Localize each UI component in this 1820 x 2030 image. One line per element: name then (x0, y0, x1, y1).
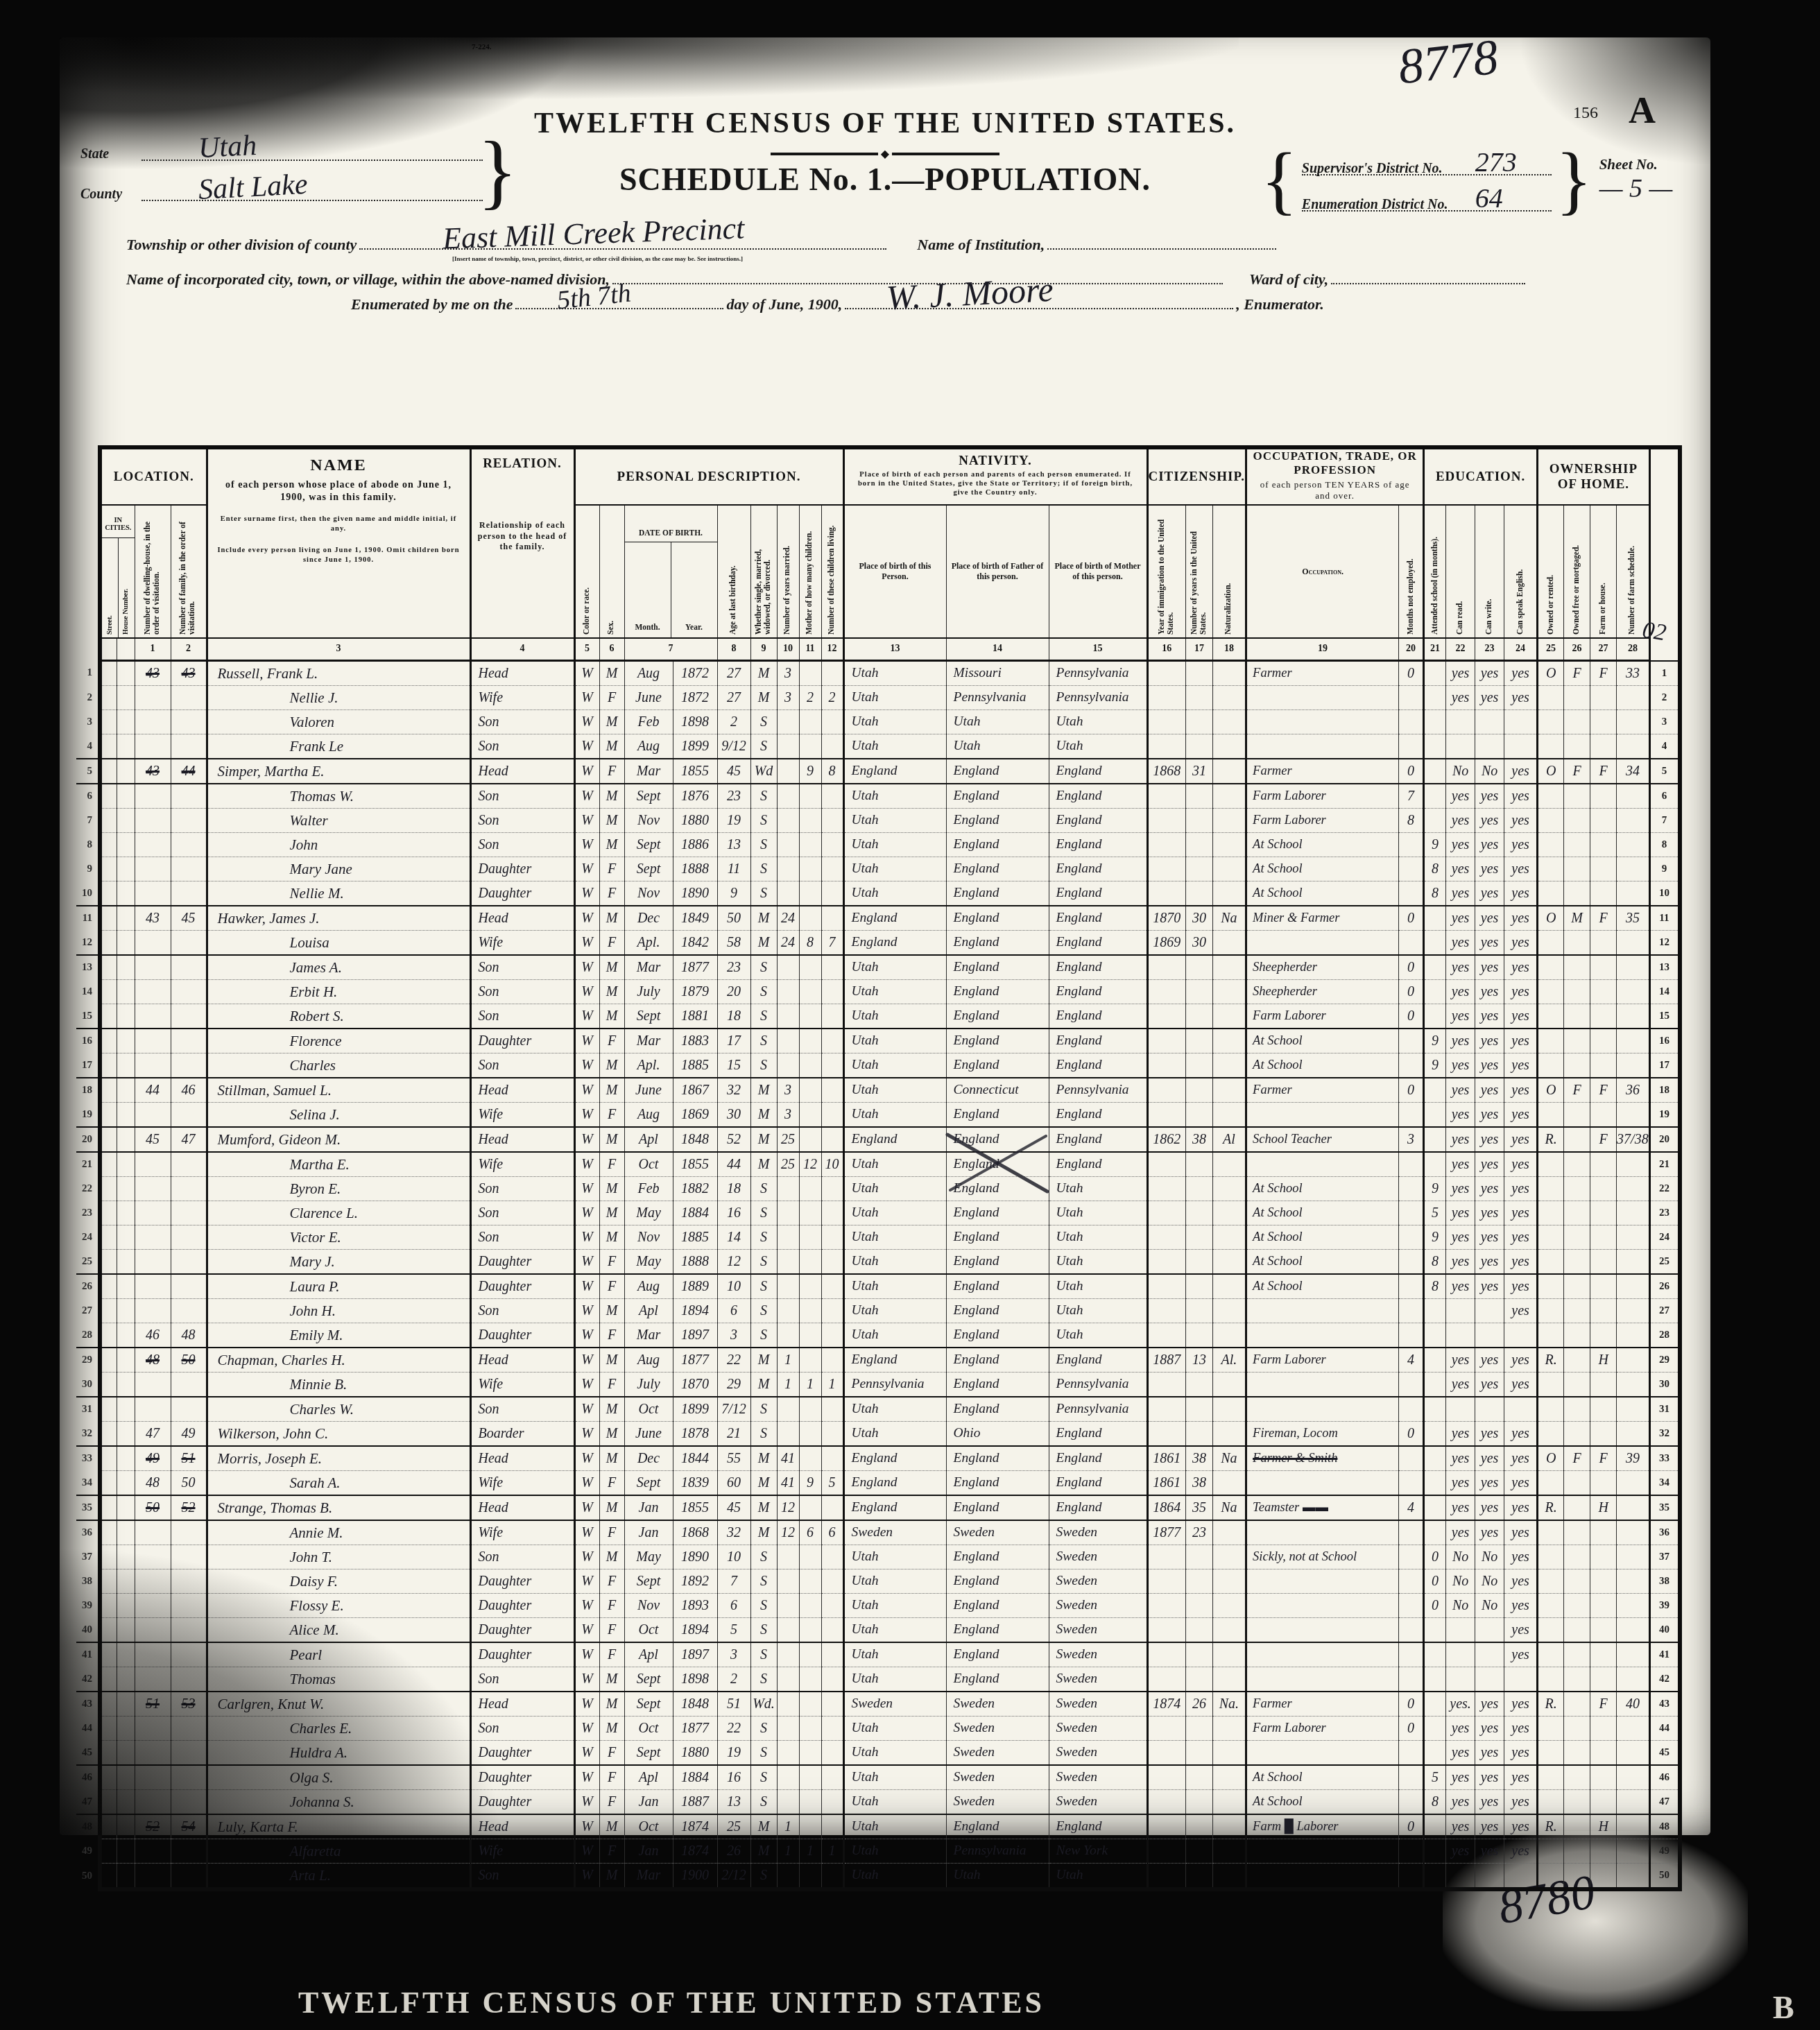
cell-house (117, 1177, 135, 1201)
cell-yr: 1899 (673, 1397, 717, 1422)
group-occupation: OCCUPATION, TRADE, OR PROFESSION of each… (1246, 447, 1424, 505)
cell-mo: Oct (624, 1814, 673, 1839)
cell-sx: F (599, 1741, 624, 1766)
cell-m: Wd (750, 759, 777, 784)
cell-rd: yes (1446, 1225, 1475, 1250)
cell-dw (135, 1274, 171, 1299)
cell-en: yes (1504, 1814, 1538, 1839)
census-row: 23Clarence L.SonWMMay188416SUtahEnglandU… (76, 1201, 1680, 1225)
cell-mne (1399, 1569, 1424, 1594)
cell-fs (1617, 1790, 1650, 1815)
cell-yus (1186, 1790, 1213, 1815)
cell-mne: 0 (1399, 1717, 1424, 1741)
cell-nat: Al. (1212, 1348, 1246, 1373)
cell-ln: 42 (76, 1667, 100, 1692)
cell-m: M (750, 1839, 777, 1864)
cell-rn: 34 (1649, 1471, 1680, 1496)
cell-fam (171, 833, 207, 857)
cell-name: Charles (207, 1053, 470, 1078)
cell-mo: Nov (624, 881, 673, 906)
cell-mo: Nov (624, 809, 673, 833)
cell-dw (135, 1299, 171, 1323)
cell-ofm (1564, 809, 1590, 833)
census-row: 294850Chapman, Charles H.HeadWMAug187722… (76, 1348, 1680, 1373)
cell-sch (1424, 759, 1446, 784)
cell-lv (821, 980, 843, 1004)
cell-age: 23 (717, 955, 750, 980)
cell-sch (1424, 1839, 1446, 1864)
cell-ln: 15 (76, 1004, 100, 1029)
ward-label: Ward of city, (1249, 270, 1328, 288)
cell-yr: 1867 (673, 1078, 717, 1103)
cell-pf: England (946, 1618, 1049, 1643)
cell-ofm (1564, 1422, 1590, 1447)
census-sheet: 7-224. 8778 TWELFTH CENSUS OF THE UNITED… (60, 37, 1710, 1835)
cell-lv (821, 1618, 843, 1643)
cell-ofm (1564, 1545, 1590, 1569)
cell-pf: England (946, 1127, 1049, 1152)
cell-rel: Boarder (470, 1422, 574, 1447)
cell-mot (799, 1545, 821, 1569)
cell-own (1538, 1545, 1564, 1569)
cell-street (100, 1741, 117, 1766)
cell-pf: Sweden (946, 1520, 1049, 1545)
cell-rd: yes (1446, 1078, 1475, 1103)
census-row: 31Charles W.SonWMOct18997/12SUtahEngland… (76, 1397, 1680, 1422)
county-label: County (80, 187, 122, 203)
cell-wr: yes (1475, 1177, 1504, 1201)
cell-sch: 5 (1424, 1765, 1446, 1790)
immigration-header: Year of immigration to the United States… (1147, 505, 1186, 638)
cell-en: yes (1504, 980, 1538, 1004)
cell-rn: 1 (1649, 661, 1680, 686)
cell-m: S (750, 1299, 777, 1323)
cell-mot (799, 1618, 821, 1643)
cell-pob: Utah (843, 734, 946, 759)
cell-dw (135, 1053, 171, 1078)
cell-fh (1590, 931, 1617, 956)
cell-en: yes (1504, 1520, 1538, 1545)
cell-mne: 7 (1399, 784, 1424, 809)
cell-dw (135, 1790, 171, 1815)
cell-c: W (574, 1299, 599, 1323)
cell-dw (135, 734, 171, 759)
cell-imm (1147, 661, 1186, 686)
cell-name: Thomas W. (207, 784, 470, 809)
cell-age: 51 (717, 1692, 750, 1717)
cell-rd (1446, 1299, 1475, 1323)
dob-title: DATE OF BIRTH. (625, 511, 717, 542)
cell-rel: Daughter (470, 1569, 574, 1594)
cell-pob: Utah (843, 1078, 946, 1103)
cell-wr: yes (1475, 1422, 1504, 1447)
cell-ln: 29 (76, 1348, 100, 1373)
cell-pm: England (1049, 1004, 1147, 1029)
cell-fam (171, 881, 207, 906)
cell-sch (1424, 1373, 1446, 1397)
cell-dw: 44 (135, 1078, 171, 1103)
cell-fam (171, 1225, 207, 1250)
cell-m: S (750, 784, 777, 809)
cell-fh: F (1590, 1446, 1617, 1471)
cell-yus: 35 (1186, 1495, 1213, 1520)
township-note: [Insert name of township, town, precinct… (452, 255, 1662, 262)
cell-c: W (574, 1446, 599, 1471)
cell-lv (821, 1692, 843, 1717)
cell-dw (135, 1765, 171, 1790)
cell-mot (799, 1422, 821, 1447)
cell-age: 3 (717, 1323, 750, 1348)
cell-pob: Utah (843, 1323, 946, 1348)
cell-m: S (750, 955, 777, 980)
cell-fh (1590, 1790, 1617, 1815)
cell-sch (1424, 906, 1446, 931)
cell-fs (1617, 1323, 1650, 1348)
cell-dw (135, 1717, 171, 1741)
cell-m: S (750, 980, 777, 1004)
cell-rd: No (1446, 1594, 1475, 1618)
cell-mot (799, 1864, 821, 1890)
cell-c: W (574, 1667, 599, 1692)
cell-yus (1186, 710, 1213, 734)
cell-pm: England (1049, 1029, 1147, 1053)
occupation-col-header: Occupation. (1246, 505, 1399, 638)
cell-age: 32 (717, 1078, 750, 1103)
group-personal: PERSONAL DESCRIPTION. (574, 447, 843, 505)
cell-fam (171, 1864, 207, 1890)
mother-of-header: Mother of how many children. (799, 505, 821, 638)
cell-sch (1424, 784, 1446, 809)
corner-letter: B (1773, 1989, 1794, 2026)
cell-imm (1147, 1373, 1186, 1397)
cell-yr: 1884 (673, 1765, 717, 1790)
cell-rn: 17 (1649, 1053, 1680, 1078)
cell-rn: 7 (1649, 809, 1680, 833)
cell-ofm (1564, 833, 1590, 857)
cell-pf: England (946, 1225, 1049, 1250)
cell-ln: 8 (76, 833, 100, 857)
cell-own: O (1538, 1078, 1564, 1103)
cell-m: S (750, 734, 777, 759)
cell-fh (1590, 1053, 1617, 1078)
cell-yr: 1882 (673, 1177, 717, 1201)
cell-street (100, 1839, 117, 1864)
cell-ofm (1564, 1667, 1590, 1692)
dob-header: DATE OF BIRTH. Month. Year. (624, 505, 717, 638)
cell-wr: yes (1475, 686, 1504, 710)
cell-sx: F (599, 1373, 624, 1397)
month-header: Month. (625, 542, 671, 637)
cell-own (1538, 1323, 1564, 1348)
cell-pm: Sweden (1049, 1741, 1147, 1766)
cell-mot (799, 1053, 821, 1078)
cell-ym (777, 1397, 799, 1422)
cell-rd: yes (1446, 1127, 1475, 1152)
census-row: 25Mary J.DaughterWFMay188812SUtahEngland… (76, 1250, 1680, 1275)
cell-en: yes (1504, 1373, 1538, 1397)
census-row: 54344Simper, Martha E.HeadWFMar185545Wd9… (76, 759, 1680, 784)
census-row: 14343Russell, Frank L.HeadWMAug187227M3U… (76, 661, 1680, 686)
cell-fs (1617, 931, 1650, 956)
cell-yr: 1885 (673, 1053, 717, 1078)
cell-occ: At School (1246, 1274, 1399, 1299)
cell-mne (1399, 1471, 1424, 1496)
cell-nat (1212, 1225, 1246, 1250)
cell-en: yes (1504, 833, 1538, 857)
cell-sch: 8 (1424, 857, 1446, 881)
cell-sch (1424, 1103, 1446, 1128)
cell-rn: 32 (1649, 1422, 1680, 1447)
cell-own (1538, 1373, 1564, 1397)
cell-imm (1147, 1642, 1186, 1667)
cell-yr: 1888 (673, 1250, 717, 1275)
cell-nat (1212, 1053, 1246, 1078)
cell-yus (1186, 1397, 1213, 1422)
cell-pf: England (946, 1471, 1049, 1496)
cell-pob: Utah (843, 1741, 946, 1766)
cell-age: 58 (717, 931, 750, 956)
cell-own (1538, 1177, 1564, 1201)
enumerated-line: Enumerated by me on the 5th 7th day of J… (351, 295, 1662, 344)
group-location: LOCATION. (100, 447, 207, 505)
cell-house (117, 1250, 135, 1275)
cell-street (100, 1004, 117, 1029)
cell-mot (799, 1790, 821, 1815)
cell-fs (1617, 1177, 1650, 1201)
table-body: 14343Russell, Frank L.HeadWMAug187227M3U… (76, 661, 1680, 1890)
cell-pf: England (946, 809, 1049, 833)
cell-c: W (574, 1201, 599, 1225)
cell-rn: 45 (1649, 1741, 1680, 1766)
cell-yr: 1889 (673, 1274, 717, 1299)
cell-pob: Utah (843, 1864, 946, 1890)
cell-mo: Apl. (624, 1053, 673, 1078)
cell-sx: F (599, 759, 624, 784)
cell-dw: 43 (135, 906, 171, 931)
cell-ym (777, 1790, 799, 1815)
cell-nat (1212, 734, 1246, 759)
cell-rel: Wife (470, 1471, 574, 1496)
page-letter: A (1629, 89, 1656, 132)
house-number-header: House Number. (121, 547, 131, 637)
cell-fh (1590, 881, 1617, 906)
cell-en: yes (1504, 955, 1538, 980)
cell-mne: 0 (1399, 980, 1424, 1004)
cell-own (1538, 1765, 1564, 1790)
cell-m: S (750, 1274, 777, 1299)
cell-yr: 1880 (673, 809, 717, 833)
cell-wr (1475, 1618, 1504, 1643)
cell-rd: yes (1446, 1446, 1475, 1471)
cell-name: Annie M. (207, 1520, 470, 1545)
cell-rd: yes (1446, 881, 1475, 906)
column-number: 24 (1504, 638, 1538, 661)
cell-fam (171, 1594, 207, 1618)
cell-c: W (574, 710, 599, 734)
cell-fh (1590, 1422, 1617, 1447)
cell-yr: 1899 (673, 734, 717, 759)
cell-mo: Sept (624, 1692, 673, 1717)
township-line: Township or other division of county Eas… (126, 236, 1662, 262)
cell-street (100, 1790, 117, 1815)
cell-imm: 1861 (1147, 1446, 1186, 1471)
column-number: 4 (470, 638, 574, 661)
cell-mo: Mar (624, 759, 673, 784)
cell-nat (1212, 931, 1246, 956)
cell-own (1538, 1717, 1564, 1741)
cell-yr: 1872 (673, 661, 717, 686)
cell-mot (799, 1594, 821, 1618)
cell-fs (1617, 734, 1650, 759)
cell-rd: yes (1446, 1717, 1475, 1741)
cell-house (117, 1667, 135, 1692)
cell-own (1538, 1471, 1564, 1496)
cell-ln: 26 (76, 1274, 100, 1299)
cell-sx: M (599, 1299, 624, 1323)
cell-yr: 1874 (673, 1814, 717, 1839)
cell-yus (1186, 1765, 1213, 1790)
cell-fh (1590, 1397, 1617, 1422)
cell-fs (1617, 1741, 1650, 1766)
form-number: 7-224. (472, 43, 491, 51)
cell-house (117, 1471, 135, 1496)
census-row: 30Minnie B.WifeWFJuly187029M111Pennsylva… (76, 1373, 1680, 1397)
cell-imm (1147, 857, 1186, 881)
cell-ym (777, 1594, 799, 1618)
cell-m: M (750, 1814, 777, 1839)
cell-pf: England (946, 1004, 1049, 1029)
cell-fam (171, 1717, 207, 1741)
supervisor-value: 273 (1475, 146, 1517, 178)
cell-nat (1212, 1323, 1246, 1348)
cell-name: Huldra A. (207, 1741, 470, 1766)
cell-wr: yes (1475, 1250, 1504, 1275)
cell-rn: 2 (1649, 686, 1680, 710)
cell-fam: 43 (171, 661, 207, 686)
cell-pf: England (946, 833, 1049, 857)
enumerated-prefix: Enumerated by me on the (351, 295, 513, 313)
cell-imm (1147, 1225, 1186, 1250)
cell-pf: England (946, 931, 1049, 956)
cell-house (117, 1569, 135, 1594)
cell-pm: Sweden (1049, 1520, 1147, 1545)
cell-mot (799, 1274, 821, 1299)
cell-occ: Miner & Farmer (1246, 906, 1399, 931)
cell-ym: 1 (777, 1373, 799, 1397)
cell-pf: England (946, 980, 1049, 1004)
cell-fh (1590, 1152, 1617, 1177)
cell-ym (777, 1225, 799, 1250)
cell-occ (1246, 734, 1399, 759)
cell-yus (1186, 1642, 1213, 1667)
cell-nat (1212, 1642, 1246, 1667)
cell-mne (1399, 1225, 1424, 1250)
cell-sx: F (599, 1618, 624, 1643)
cell-sx: M (599, 906, 624, 931)
cell-yr: 1877 (673, 955, 717, 980)
cell-c: W (574, 1078, 599, 1103)
cell-mo: Oct (624, 1152, 673, 1177)
cell-pob: Utah (843, 1594, 946, 1618)
cell-name: Charles W. (207, 1397, 470, 1422)
cell-sch (1424, 1397, 1446, 1422)
cell-street (100, 1765, 117, 1790)
cell-rel: Son (470, 1397, 574, 1422)
cell-nat (1212, 1422, 1246, 1447)
cell-yus (1186, 661, 1213, 686)
cell-fh (1590, 1225, 1617, 1250)
cell-pf: Sweden (946, 1692, 1049, 1717)
cell-fam: 51 (171, 1446, 207, 1471)
cell-own (1538, 1225, 1564, 1250)
cell-mo: June (624, 1078, 673, 1103)
cell-street (100, 1250, 117, 1275)
cell-fam (171, 1642, 207, 1667)
months-not-employed-header: Months not employed. (1399, 505, 1424, 638)
cell-en: yes (1504, 906, 1538, 931)
cell-sx: F (599, 1471, 624, 1496)
cell-lv (821, 809, 843, 833)
column-number: 6 (599, 638, 624, 661)
cell-mot (799, 1127, 821, 1152)
cell-rd: yes (1446, 686, 1475, 710)
cell-pob: Utah (843, 1029, 946, 1053)
cell-pf: Utah (946, 1864, 1049, 1890)
cell-age: 25 (717, 1814, 750, 1839)
cell-rn: 18 (1649, 1078, 1680, 1103)
cell-sx: M (599, 661, 624, 686)
cell-imm (1147, 881, 1186, 906)
cell-c: W (574, 1225, 599, 1250)
cell-sx: F (599, 1029, 624, 1053)
cell-fs (1617, 784, 1650, 809)
cell-pob: Utah (843, 710, 946, 734)
cell-name: Daisy F. (207, 1569, 470, 1594)
cell-wr: yes (1475, 931, 1504, 956)
cell-own: O (1538, 759, 1564, 784)
cell-yus (1186, 881, 1213, 906)
cell-nat (1212, 857, 1246, 881)
cell-yus (1186, 1618, 1213, 1643)
cell-imm (1147, 1765, 1186, 1790)
cell-street (100, 1594, 117, 1618)
cell-mo: Dec (624, 1446, 673, 1471)
cell-rn: 5 (1649, 759, 1680, 784)
cell-ofm (1564, 1864, 1590, 1890)
cell-mne (1399, 1201, 1424, 1225)
census-row: 114345Hawker, James J.HeadWMDec184950M24… (76, 906, 1680, 931)
cell-occ (1246, 1323, 1399, 1348)
cell-ln: 31 (76, 1397, 100, 1422)
cell-ofm: F (1564, 661, 1590, 686)
cell-rel: Head (470, 1814, 574, 1839)
cell-ym: 41 (777, 1471, 799, 1496)
cell-rd: yes (1446, 955, 1475, 980)
cell-dw: 43 (135, 759, 171, 784)
cell-sch (1424, 734, 1446, 759)
cell-own (1538, 833, 1564, 857)
cell-age: 7/12 (717, 1397, 750, 1422)
cell-lv (821, 1127, 843, 1152)
cell-nat (1212, 1177, 1246, 1201)
cell-fs (1617, 955, 1650, 980)
cell-fh: F (1590, 1127, 1617, 1152)
cell-rn: 36 (1649, 1520, 1680, 1545)
cell-yr: 1849 (673, 906, 717, 931)
cell-wr: yes (1475, 1201, 1504, 1225)
cell-fs (1617, 980, 1650, 1004)
cell-lv (821, 1642, 843, 1667)
